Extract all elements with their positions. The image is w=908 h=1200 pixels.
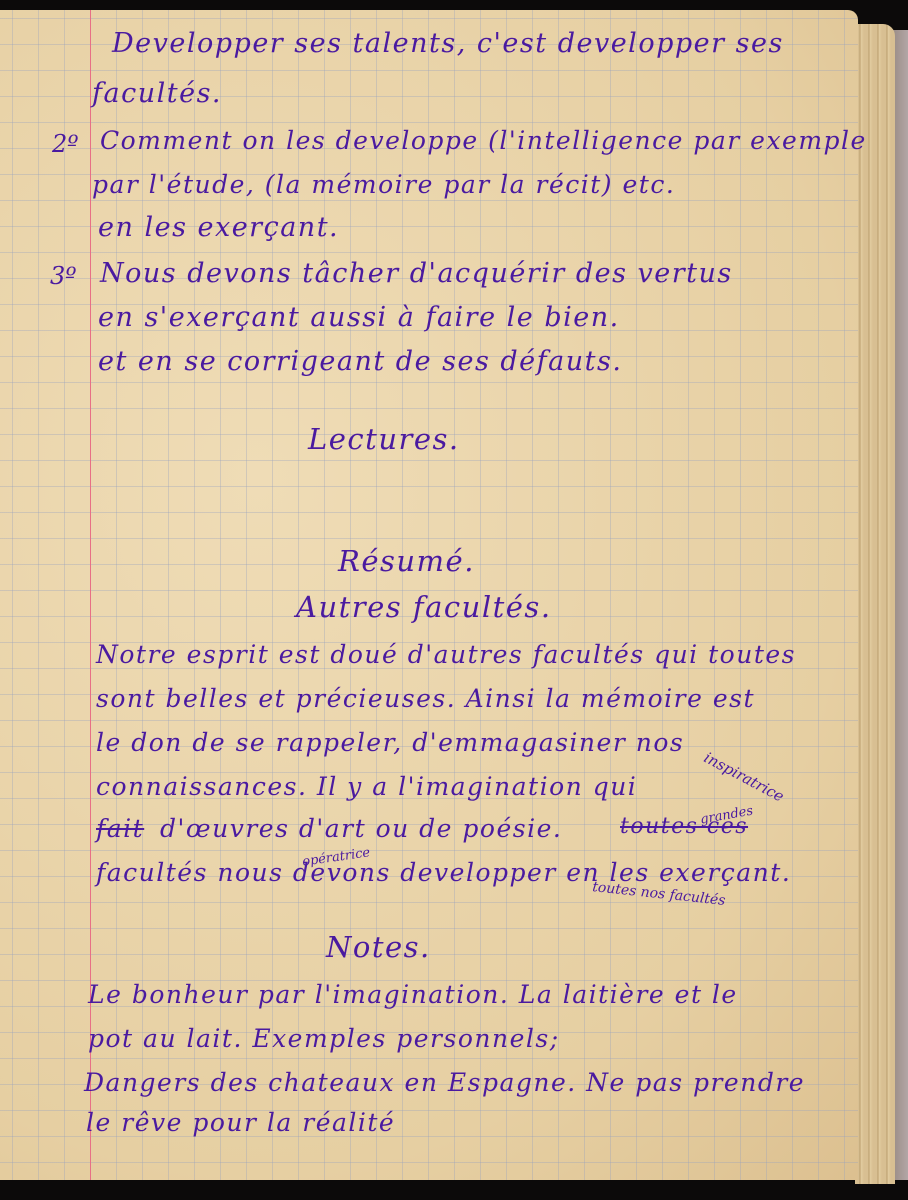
- text-line: sont belles et précieuses. Ainsi la mémo…: [96, 684, 755, 713]
- notebook-cover-edge: [893, 30, 908, 1180]
- text-line: le rêve pour la réalité: [86, 1108, 395, 1137]
- text-line: pot au lait. Exemples personnels;: [88, 1024, 560, 1053]
- text-line: connaissances. Il y a l'imagination qui: [96, 772, 637, 801]
- heading-lectures: Lectures.: [308, 422, 460, 456]
- item-number: 2º: [52, 130, 79, 158]
- heading-resume: Résumé.: [338, 544, 475, 578]
- text-line: Comment on les developpe (l'intelligence…: [100, 126, 867, 155]
- heading-notes: Notes.: [326, 930, 431, 964]
- page-stack-edge: [855, 24, 895, 1184]
- text-line: le don de se rappeler, d'emmagasiner nos: [96, 728, 684, 757]
- text-line: et en se corrigeant de ses défauts.: [98, 346, 622, 377]
- text-line: d'œuvres d'art ou de poésie.: [160, 814, 562, 843]
- text-line: par l'étude, (la mémoire par la récit) e…: [92, 170, 675, 199]
- text-line: Nous devons tâcher d'acquérir des vertus: [100, 258, 733, 289]
- text-line: Dangers des chateaux en Espagne. Ne pas …: [84, 1068, 805, 1097]
- text-line: facultés nous devons developper en les e…: [96, 858, 791, 887]
- heading-autres-facultes: Autres facultés.: [296, 590, 552, 624]
- text-line: Developper ses talents, c'est developper…: [112, 28, 784, 59]
- text-line: facultés.: [92, 78, 222, 109]
- text-line: en les exerçant.: [98, 212, 339, 243]
- item-number: 3º: [50, 262, 77, 290]
- struck-word: fait: [96, 814, 144, 843]
- text-line: Notre esprit est doué d'autres facultés …: [96, 640, 796, 669]
- text-line: Le bonheur par l'imagination. La laitièr…: [88, 980, 738, 1009]
- struck-word: toutes ces: [620, 814, 748, 839]
- text-line: en s'exerçant aussi à faire le bien.: [98, 302, 620, 333]
